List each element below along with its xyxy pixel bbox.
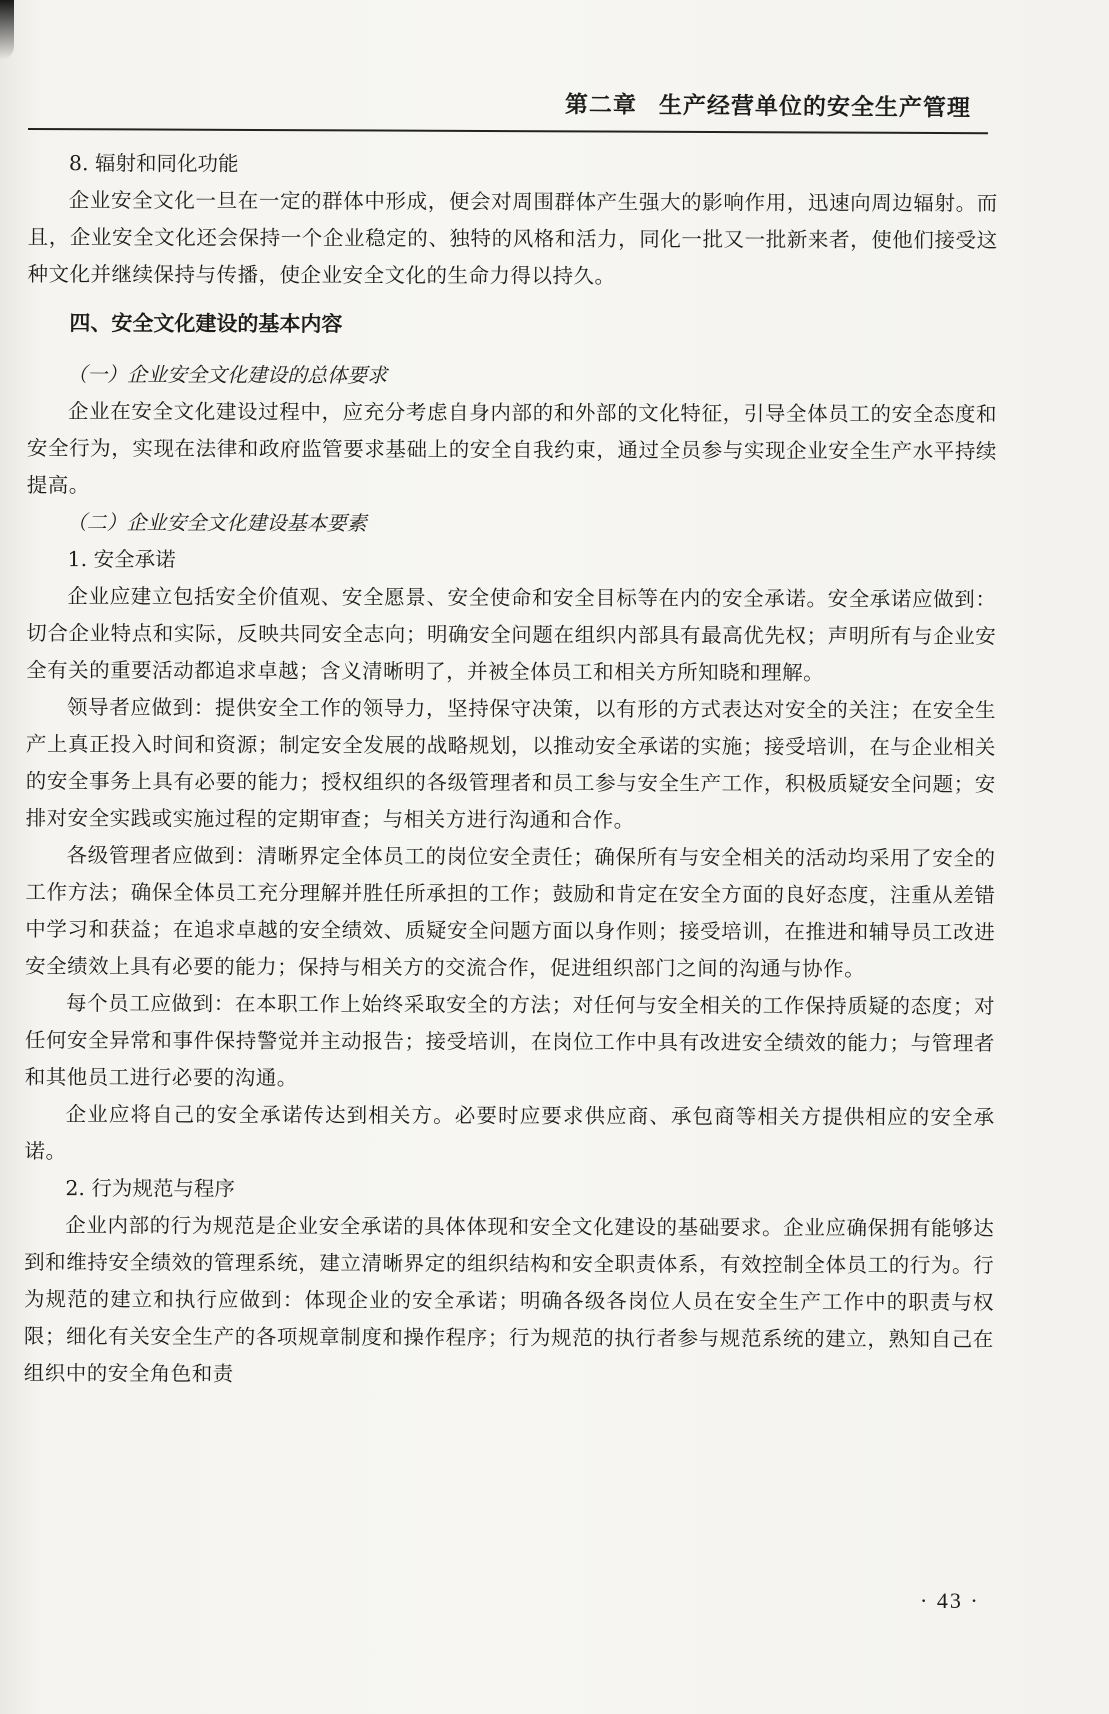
- header-rule: [28, 128, 988, 134]
- running-header: 第二章生产经营单位的安全生产管理: [565, 86, 971, 123]
- page-number: · 43 ·: [920, 1588, 980, 1614]
- item-1-paragraph-managers: 各级管理者应做到：清晰界定全体员工的岗位安全责任；确保所有与安全相关的活动均采用…: [25, 837, 996, 988]
- page-body: 8. 辐射和同化功能 企业安全文化一旦在一定的群体中形成，便会对周围群体产生强大…: [24, 145, 998, 1395]
- item-1-paragraph-leaders: 领导者应做到：提供安全工作的领导力，坚持保守决策，以有形的方式表达对安全的关注；…: [26, 689, 997, 840]
- chapter-title: 生产经营单位的安全生产管理: [659, 92, 971, 122]
- item-1-paragraph-stakeholders: 企业应将自己的安全承诺传达到相关方。必要时应要求供应商、承包商等相关方提供相应的…: [24, 1096, 994, 1173]
- item-8-paragraph: 企业安全文化一旦在一定的群体中形成，便会对周围群体产生强大的影响作用，迅速向周边…: [27, 182, 997, 296]
- subsection-2-heading: （二）企业安全文化建设基本要素: [27, 504, 997, 544]
- book-page: 第二章生产经营单位的安全生产管理 8. 辐射和同化功能 企业安全文化一旦在一定的…: [0, 0, 1109, 1714]
- item-1-paragraph-commitment: 企业应建立包括安全价值观、安全愿景、安全使命和安全目标等在内的安全承诺。安全承诺…: [26, 578, 996, 692]
- item-8-heading: 8. 辐射和同化功能: [28, 145, 998, 185]
- subsection-1-paragraph: 企业在安全文化建设过程中，应充分考虑自身内部的和外部的文化特征，引导全体员工的安…: [27, 393, 997, 507]
- chapter-number: 第二章: [565, 91, 637, 119]
- item-2-paragraph: 企业内部的行为规范是企业安全承诺的具体体现和安全文化建设的基础要求。企业应确保拥…: [24, 1207, 995, 1395]
- section-4-heading: 四、安全文化建设的基本内容: [27, 305, 997, 345]
- subsection-1-heading: （一）企业安全文化建设的总体要求: [27, 356, 997, 396]
- item-2-heading: 2. 行为规范与程序: [24, 1170, 994, 1210]
- item-1-heading: 1. 安全承诺: [26, 541, 996, 581]
- scan-corner-shadow: [0, 0, 14, 60]
- item-1-paragraph-employees: 每个员工应做到：在本职工作上始终采取安全的方法；对任何与安全相关的工作保持质疑的…: [25, 985, 995, 1099]
